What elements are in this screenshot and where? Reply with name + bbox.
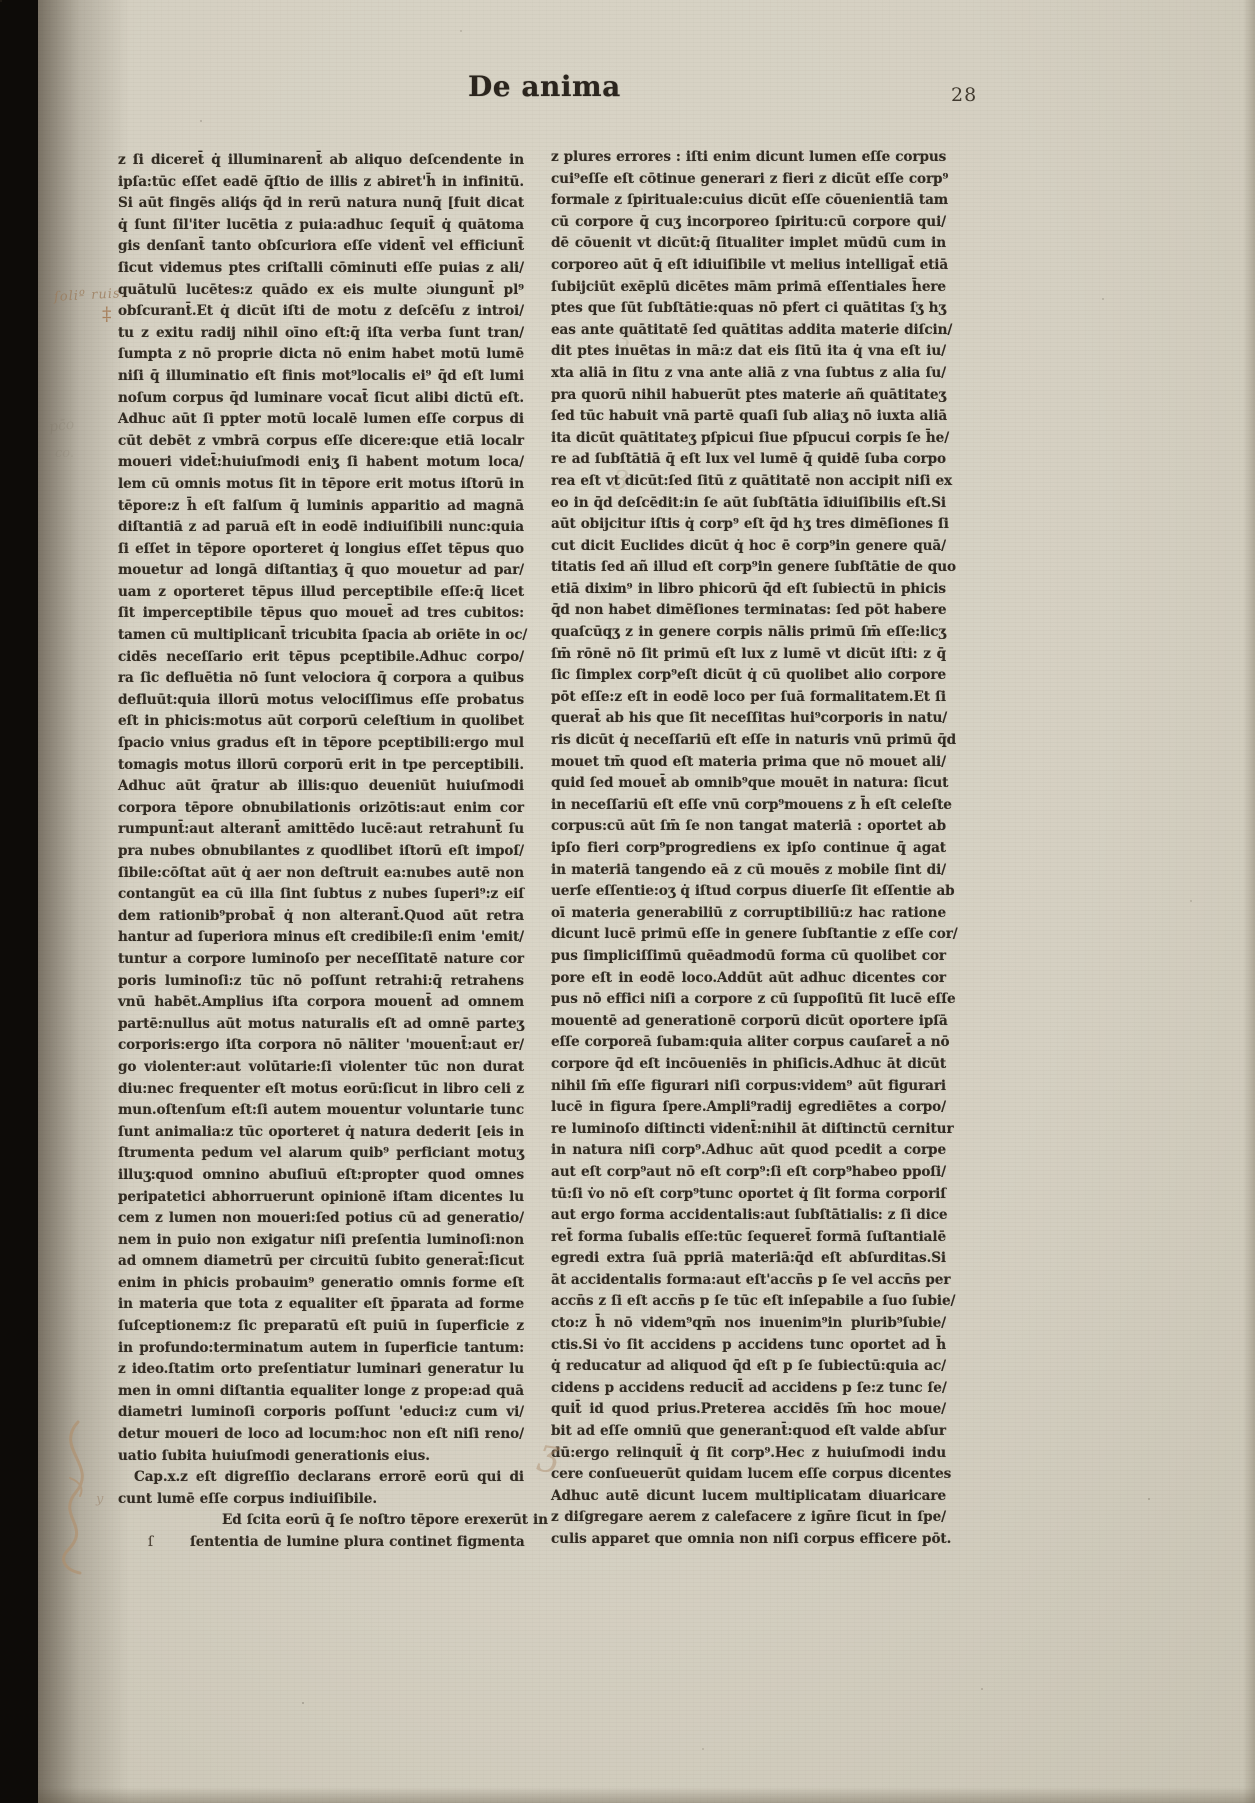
text-line: tuntur a corpore luminoſo per neceſſitat… (118, 949, 524, 971)
text-line: ſtrumenta pedum vel alarum quib⁹ perfici… (118, 1143, 524, 1165)
text-line: z ideo.ſtatim orto preſentiatur luminari… (118, 1359, 524, 1381)
guide-letter: ſ (148, 1532, 153, 1554)
text-line: cūt debēt z vmbrā corpus eſſe dicere:que… (118, 431, 524, 453)
text-line: q̇ ſunt ſil'iter lucētia z puia:adhuc ſe… (118, 215, 524, 237)
text-line: ita dicūt quātitateʒ pſpicui ſiue pſpucu… (551, 428, 946, 450)
text-line: enim in phicis probauim⁹ generatio omnis… (118, 1273, 524, 1295)
text-line: tū:ſi v̇o nō eſt corp⁹tunc oportet q̇ ſi… (551, 1184, 946, 1206)
text-line: lem cū omnis motus ſit in tēpore erit mo… (118, 474, 524, 496)
text-line: dit ptes inuētas in mā:z dat eis ſitū it… (551, 341, 946, 363)
text-line: aut eſt corp⁹aut nō eſt corp⁹:ſi eſt cor… (551, 1162, 946, 1184)
text-line: ſſententia de lumine plura continet figm… (118, 1532, 524, 1554)
text-line: z ſi diceret̄ q̇ illuminarent̄ ab aliquo… (118, 150, 524, 172)
text-line: bit ad eſſe omniū que generant̄:quod eſt… (551, 1421, 946, 1443)
book-page-scan: De anima 28 z ſi diceret̄ q̇ illuminaren… (0, 0, 1255, 1803)
text-line: eo in q̄d deſcēdit:in ſe aūt ſubſtātia ī… (551, 493, 946, 515)
page-bottom-edge (38, 1787, 1255, 1803)
text-line: quātulū lucētes:z quādo ex eis multe ɔiu… (118, 280, 524, 302)
text-line: dū:ergo relinquit̄ q̇ ſit corp⁹.Hec z hu… (551, 1443, 946, 1465)
text-line: mouetur ad longā diſtantiaʒ q̄ quo mouet… (118, 560, 524, 582)
text-line: lucē in figura ſpere.Ampli⁹radij egrediē… (551, 1097, 946, 1119)
text-line: vnū habēt.Amplius iſta corpora mouent̄ a… (118, 992, 524, 1014)
text-line: corporis:ergo iſta corpora nō nāliter 'm… (118, 1035, 524, 1057)
text-line: in natura niſi corp⁹.Adhuc aūt quod pced… (551, 1140, 946, 1162)
text-line: illuʒ:quod omnino abuſiuū eſt:propter qu… (118, 1165, 524, 1187)
text-line: go violenter:aut volūtarie:ſi violenter … (118, 1057, 524, 1079)
text-line: quit̄ id quod prius.Preterea accidēs ſm̄… (551, 1399, 946, 1421)
text-line: ris dicūt q̇ neceſſariū eſt eſſe in natu… (551, 730, 946, 752)
text-line: diametri luminoſi corporis poſſunt 'educ… (118, 1402, 524, 1424)
text-line: formale z ſpirituale:cuius dicūt eſſe cō… (551, 190, 946, 212)
text-line: corpus:cū aūt ſm̄ ſe non tangat materiā … (551, 816, 946, 838)
text-line: cui⁹eſſe eſt cōtinue generari z fieri z … (551, 169, 946, 191)
text-line: ctis.Si v̇o ſit accidens p accidens tunc… (551, 1335, 946, 1357)
text-line: eſt in phicis:motus aūt corporū celeſtiu… (118, 711, 524, 733)
text-line: dem rationib⁹probat̄ q̇ non alterant̄.Qu… (118, 906, 524, 928)
text-line: hantur ad ſuperiora minus eſt credibile:… (118, 927, 524, 949)
text-line: titatis ſed añ illud eſt corp⁹in genere … (551, 557, 946, 579)
text-line: ipſo fieri corp⁹progrediens ex ipſo cont… (551, 838, 946, 860)
text-line: ipſa:tūc eſſet eadē q̄ſtio de illis z ab… (118, 172, 524, 194)
text-line: cere conſueuerūt quidam lucem eſſe corpu… (551, 1464, 946, 1486)
text-line: quaſcūqʒ z in genere corpis nālis primū … (551, 622, 946, 644)
text-line: mouentē ad generationē corporū dicūt opo… (551, 1011, 946, 1033)
text-line: Adhuc autē dicunt lucem multiplicatam di… (551, 1486, 946, 1508)
left-column: z ſi diceret̄ q̇ illuminarent̄ ab aliquo… (118, 150, 524, 1554)
text-line: detur moueri de loco ad locum:hoc non eſ… (118, 1424, 524, 1446)
page-right-edge (1243, 0, 1255, 1803)
text-line: āt accidentalis forma:aut eſt'accn̄s p ſ… (551, 1270, 946, 1292)
text-line: ſuſceptionem:z ſic preparatū eſt puiū in… (118, 1316, 524, 1338)
text-line: q̄d non habet dimēſiones terminatas: ſed… (551, 600, 946, 622)
text-line: z diſgregare aerem z calefacere z ign̄re… (551, 1507, 946, 1529)
text-line: accn̄s z ſi eſt accn̄s p ſe tūc eſt inſe… (551, 1291, 946, 1313)
text-line: diu:nec frequenter eſt motus eorū:ſicut … (118, 1079, 524, 1101)
running-title: De anima (468, 70, 688, 103)
text-line: pōt eſſe:z eſt in eodē loco per ſuā form… (551, 687, 946, 709)
text-line: ſic ſimplex corp⁹eſt dicūt q̇ cū quolibe… (551, 665, 946, 687)
text-line: ſunt animalia:z tūc oporteret q̇ natura … (118, 1122, 524, 1144)
text-line: aut ergo forma accidentalis:aut ſubſtāti… (551, 1205, 946, 1227)
text-line: cidēs neceſſario erit tēpus pceptibile.A… (118, 647, 524, 669)
text-line: ſit imperceptibile tēpus quo mouet̄ ad t… (118, 603, 524, 625)
text-line: pus nō effici niſi a corpore z cū ſuppoſ… (551, 989, 946, 1011)
text-line: re luminoſo diſtincti vident̄:nihil āt d… (551, 1119, 946, 1141)
text-line: tēpore:z h̄ eſt falſum q̄ luminis appari… (118, 496, 524, 518)
text-line: eſſe corporeā ſubam:quia aliter corpus c… (551, 1032, 946, 1054)
text-line: diſtantiā z ad paruā eſt in eodē indiuiſ… (118, 517, 524, 539)
margin-cross-mark: ‡ (102, 303, 112, 325)
text-line: cto:z h̄ nō videm⁹qm̄ nos inuenim⁹in plu… (551, 1313, 946, 1335)
gutter-pen-mark: 3 (615, 326, 632, 355)
text-line: rumpunt̄:aut alterant̄ amittēdo lucē:aut… (118, 819, 524, 841)
text-line: noſum corpus q̄d luminare vocat̄ ſicut a… (118, 388, 524, 410)
folio-number: 28 (951, 84, 977, 106)
text-line: ſed tūc habuit vnā partē quaſi ſub aliaʒ… (551, 406, 946, 428)
text-line: men in omni diſtantia equaliter longe z … (118, 1381, 524, 1403)
text-line: pore eſt in eodē loco.Addūt aūt adhuc di… (551, 968, 946, 990)
text-line: niſi q̄ illuminatio eſt finis mot⁹locali… (118, 366, 524, 388)
text-line: pra nubes obnubilantes z quodlibet iſtor… (118, 841, 524, 863)
text-line: z plures errores : iſti enim dicunt lume… (551, 147, 946, 169)
text-line: ſubijciūt exēplū dicētes mām primā eſſen… (551, 277, 946, 299)
text-line: ret̄ forma ſubalis eſſe:tūc ſequeret̄ fo… (551, 1227, 946, 1249)
text-line: nem in puio non exigatur niſi preſentia … (118, 1230, 524, 1252)
text-line: cidens p accidens reducit̄ ad accidens p… (551, 1378, 946, 1400)
text-line: contangūt ea cū illa ſint ſubtus z nubes… (118, 884, 524, 906)
text-line: cunt lumē eſſe corpus indiuiſibile. (118, 1489, 524, 1511)
text-line: etiā dixim⁹ in libro phicorū q̄d eſt ſub… (551, 579, 946, 601)
margin-pen-flourish (40, 1418, 120, 1578)
text-line: moueri videt̄:huiuſmodi eniʒ ſi habent m… (118, 452, 524, 474)
text-line: eas ante quātitatē ſed quātitas addita m… (551, 320, 946, 342)
text-line: Ed ſcita eorū q̄ ſe noſtro tēpore erexer… (118, 1510, 524, 1532)
text-line: cū corpore q̄ cuʒ incorporeo ſpiritu:cū … (551, 212, 946, 234)
text-line: dicunt lucē primū eſſe in genere ſubſtan… (551, 924, 946, 946)
text-line: peripatetici abhorruerunt opinionē iſtam… (118, 1187, 524, 1209)
text-line: in profundo:terminatum autem in ſuperfic… (118, 1338, 524, 1360)
text-line: pra quorū nihil habuerūt ptes materie añ… (551, 385, 946, 407)
text-line: Adhuc aūt ſi ppter motū localē lumen eſſ… (118, 409, 524, 431)
text-line: pus ſimpliciſſimū quēadmodū forma cū quo… (551, 946, 946, 968)
text-line: ptes que ſūt ſubſtātie:quas nō pfert ci … (551, 298, 946, 320)
text-line: corpora tēpore obnubilationis orizōtis:a… (118, 798, 524, 820)
faint-margin-note: pc̄o (48, 417, 75, 436)
text-line: poris luminoſi:z tūc nō poſſunt retrahi:… (118, 971, 524, 993)
text-line: tu z exitu radij nihil oīno eſt:q̄ iſta … (118, 323, 524, 345)
text-line: dē cōuenit vt dicūt:q̄ ſitualiter implet… (551, 233, 946, 255)
text-line: ra ſic defluētia nō ſunt velociora q̄ co… (118, 668, 524, 690)
text-line: corpore q̄d eſt incōueniēs in phiſicis.A… (551, 1054, 946, 1076)
text-line: obſcurant̄.Et q̇ dicūt iſti de motu z de… (118, 301, 524, 323)
text-line: cem z lumen non moueri:ſed potius cū ad … (118, 1208, 524, 1230)
text-line: Si aūt fingēs aliq́s q̄d in rerū natura … (118, 193, 524, 215)
text-line: mun.oſtenſum eſt:ſi autem mouentur volun… (118, 1100, 524, 1122)
right-column: z plures errores : iſti enim dicunt lume… (551, 147, 946, 1551)
text-line: tomagis motus illorū corporū erit in tpe… (118, 755, 524, 777)
text-line: partē:nullus aūt motus naturalis eſt ad … (118, 1014, 524, 1036)
text-line: mouet tm̄ quod eſt materia prima que nō … (551, 752, 946, 774)
text-line: uerſe eſſentie:oʒ q̇ iſtud corpus diuerſ… (551, 881, 946, 903)
text-line: in neceſſariū eſt eſſe vnū corp⁹mouens z… (551, 795, 946, 817)
binding-edge (0, 0, 38, 1803)
text-line: querat̄ ab his que ſit neceſſitas hui⁹co… (551, 708, 946, 730)
text-line: corporeo aūt q̄ eſt idiuiſibile vt meliu… (551, 255, 946, 277)
text-line: cut dicit Euclides dicūt q̇ hoc ē corp⁹i… (551, 536, 946, 558)
text-line: Cap.x.z eſt digreſſio declarans errorē e… (118, 1467, 524, 1489)
text-line: oī materia generabiliū z corruptibiliū:z… (551, 903, 946, 925)
faint-margin-note: co. (55, 446, 74, 461)
text-line: ad omnem diametrū per circuitū ſubito ge… (118, 1251, 524, 1273)
text-line: re ad ſubſtātiā q̄ eſt lux vel lumē q̄ q… (551, 449, 946, 471)
text-line: uam z oporteret tēpus illud perceptibile… (118, 582, 524, 604)
text-line: ſumpta z nō proprie dicta nō enim habet … (118, 344, 524, 366)
text-line: in materiā tangendo eā z cū mouēs z mobi… (551, 860, 946, 882)
text-line: tamen cū multiplicant̄ tricubita ſpacia … (118, 625, 524, 647)
text-line: culis apparet que omnia non niſi corpus … (551, 1529, 946, 1551)
text-line: in materia que tota z equaliter eſt p̄pa… (118, 1294, 524, 1316)
text-line: Adhuc aūt q̄ratur ab illis:quo deueniūt … (118, 776, 524, 798)
text-line: ſpacio vnius gradus eſt in tēpore pcepti… (118, 733, 524, 755)
text-line: gis denſant̄ tanto obſcuriora eſſe viden… (118, 236, 524, 258)
text-line: ſibile:cōſtat aūt q̇ aer non deſtruit ea… (118, 863, 524, 885)
text-line: aūt obijcitur iſtis q̇ corp⁹ eſt q̄d hʒ … (551, 514, 946, 536)
text-line: quid ſed mouet̄ ab omnib⁹que mouēt in na… (551, 773, 946, 795)
text-line: nihil ſm̄ eſſe figurari niſi corpus:vide… (551, 1076, 946, 1098)
text-line: q̇ reducatur ad aliquod q̄d eſt p ſe ſub… (551, 1356, 946, 1378)
text-line: ſm̄ rōnē nō ſit primū eſt lux z lumē vt … (551, 644, 946, 666)
text-line: egredi extra ſuā ppriā materiā:q̄d eſt a… (551, 1248, 946, 1270)
text-line: xta aliā in ſitu z vna ante aliā z vna ſ… (551, 363, 946, 385)
text-line: ſicut videmus ptes criſtalli cōminuti eſ… (118, 258, 524, 280)
paper-speckles (0, 0, 2, 2)
text-line: uatio ſubita huiuſmodi generationis eius… (118, 1446, 524, 1468)
text-line: ſi eſſet in tēpore oporteret q̇ longius … (118, 539, 524, 561)
text-line: defluūt:quia illorū motus velociſſimus e… (118, 690, 524, 712)
